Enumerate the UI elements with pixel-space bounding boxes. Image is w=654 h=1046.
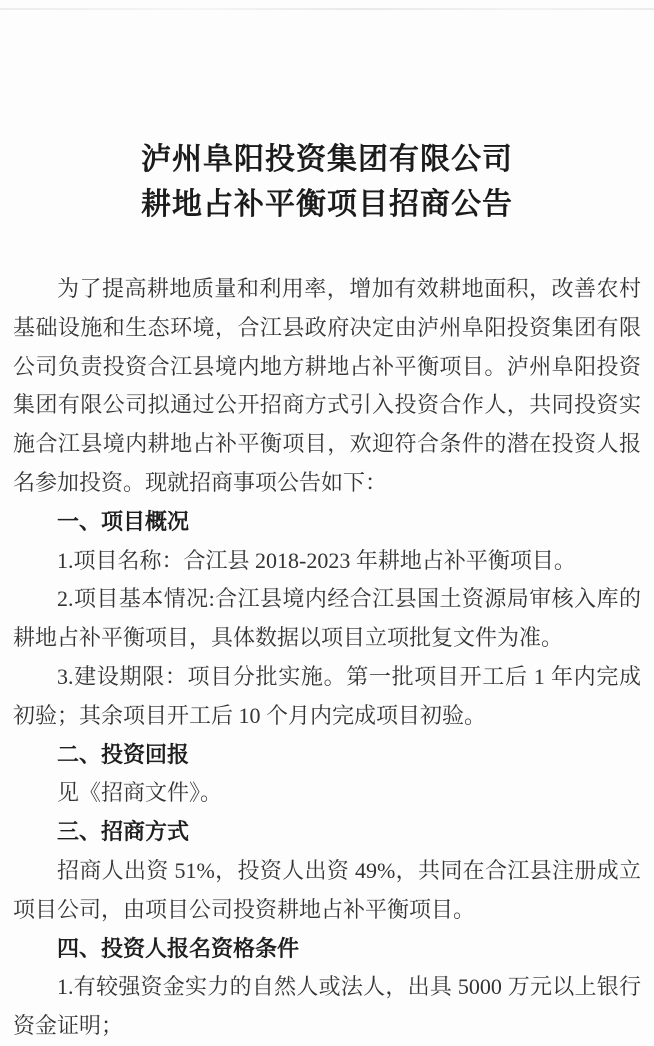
section-3-body: 招商人出资 51%，投资人出资 49%，共同在合江县注册成立项目公司，由项目公司… <box>13 852 641 930</box>
section-1-item-3: 3.建设期限：项目分批实施。第一批项目开工后 1 年内完成初验；其余项目开工后 … <box>13 658 641 736</box>
section-1-heading: 一、项目概况 <box>13 503 641 542</box>
section-4-heading: 四、投资人报名资格条件 <box>13 930 641 969</box>
section-2-heading: 二、投资回报 <box>13 736 641 775</box>
section-4-item-1: 1.有较强资金实力的自然人或法人，出具 5000 万元以上银行资金证明； <box>13 968 641 1046</box>
section-2-body: 见《招商文件》。 <box>13 774 641 813</box>
title-line-2: 耕地占补平衡项目招商公告 <box>0 182 654 227</box>
title-line-1: 泸州阜阳投资集团有限公司 <box>0 137 654 182</box>
section-1-item-1: 1.项目名称：合江县 2018-2023 年耕地占补平衡项目。 <box>13 542 641 581</box>
document-title: 泸州阜阳投资集团有限公司 耕地占补平衡项目招商公告 <box>0 0 654 227</box>
intro-paragraph: 为了提高耕地质量和利用率，增加有效耕地面积，改善农村基础设施和生态环境，合江县政… <box>13 270 641 503</box>
document-page: 泸州阜阳投资集团有限公司 耕地占补平衡项目招商公告 为了提高耕地质量和利用率，增… <box>0 0 654 1046</box>
section-1-item-2: 2.项目基本情况:合江县境内经合江县国土资源局审核入库的耕地占补平衡项目，具体数… <box>13 580 641 658</box>
document-body: 为了提高耕地质量和利用率，增加有效耕地面积，改善农村基础设施和生态环境，合江县政… <box>13 270 641 1046</box>
scan-edge-artifact <box>0 8 654 10</box>
section-3-heading: 三、招商方式 <box>13 813 641 852</box>
